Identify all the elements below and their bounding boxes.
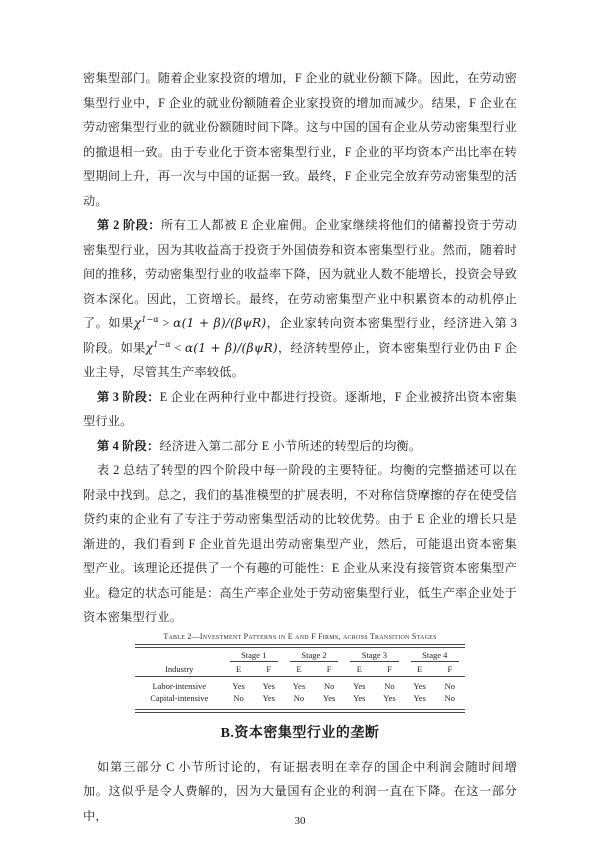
value-cell: No [374, 676, 404, 692]
value-cell: Yes [314, 692, 344, 707]
stage-label: 第 2 阶段： [97, 218, 161, 232]
value-cell: Yes [344, 676, 374, 692]
firm-type-header: E [344, 663, 374, 677]
value-cell: No [435, 676, 465, 692]
body-text-top: 密集型部门。随着企业家投资的增加，F 企业的就业份额下降。因此，在劳动密集型行业… [83, 0, 517, 630]
industry-cell: Capital-intensive [135, 692, 224, 707]
math-expression: α(1 + β)/(βψR) [173, 316, 266, 330]
section-b-title: B.资本密集型行业的垄断 [0, 722, 600, 742]
firm-type-header: E [224, 663, 254, 677]
value-cell: No [314, 676, 344, 692]
text-run: 经济进入第二部分 E 小节所述的转型后的均衡。 [159, 439, 421, 453]
stage-header-label: Stage 2 [290, 650, 338, 662]
investment-patterns-table: Stage 1Stage 2Stage 3Stage 4 Industry EF… [135, 649, 465, 707]
value-cell: No [284, 692, 314, 707]
text-run: 表 2 总结了转型的四个阶段中每一阶段的主要特征。均衡的完整描述可以在附录中找到… [83, 463, 517, 624]
paragraph: 第 2 阶段：所有工人都被 E 企业雇佣。企业家继续将他们的储蓄投资于劳动密集型… [83, 213, 517, 385]
value-cell: Yes [254, 676, 284, 692]
table-caption: Table 2—Investment Patterns in E and F F… [135, 632, 465, 641]
firm-type-header: F [254, 663, 284, 677]
text-run: 所有工人都被 E 企业雇佣。企业家继续将他们的储蓄投资于劳动密集型行业，因为其收… [83, 218, 517, 330]
stage-label: 第 4 阶段： [97, 439, 159, 453]
value-cell: Yes [405, 676, 435, 692]
firm-type-header: E [405, 663, 435, 677]
math-expression: α(1 + β)/(βψR) [185, 341, 278, 355]
value-cell: Yes [284, 676, 314, 692]
firm-type-header: E [284, 663, 314, 677]
text-run: < [171, 341, 185, 355]
math-expression: 1−α [141, 315, 159, 324]
table-stage-header-row: Stage 1Stage 2Stage 3Stage 4 [135, 649, 465, 663]
stage-header-label: Stage 3 [350, 650, 398, 662]
industry-cell: Labor-intensive [135, 676, 224, 692]
table-top-rule [135, 644, 465, 648]
paragraph: 第 4 阶段：经济进入第二部分 E 小节所述的转型后的均衡。 [83, 434, 517, 459]
page-number: 30 [0, 815, 600, 827]
firm-type-header: F [435, 663, 465, 677]
stage-header-spacer [135, 649, 224, 663]
text-run: 如第三部分 C 小节所讨论的，有证据表明在幸存的国企中利润会随时间增加。这似乎是… [83, 760, 517, 823]
math-expression: 1−α [153, 339, 171, 348]
table-body: Labor-intensiveYesYesYesNoYesNoYesNoCapi… [135, 676, 465, 707]
stage-label: 第 3 阶段： [97, 390, 160, 404]
value-cell: Yes [224, 676, 254, 692]
text-run: > [159, 316, 173, 330]
paragraph: 密集型部门。随着企业家投资的增加，F 企业的就业份额下降。因此，在劳动密集型行业… [83, 66, 517, 213]
paragraph: 第 3 阶段：E 企业在两种行业中都进行投资。逐渐地，F 企业被挤出资本密集型行… [83, 385, 517, 434]
value-cell: Yes [344, 692, 374, 707]
table-row: Capital-intensiveNoYesNoYesYesYesYesNo [135, 692, 465, 707]
stage-header-label: Stage 1 [230, 650, 278, 662]
stage-header: Stage 4 [405, 649, 465, 663]
value-cell: No [435, 692, 465, 707]
table-subheader-row: Industry EFEFEFEF [135, 663, 465, 677]
stage-header-label: Stage 4 [411, 650, 459, 662]
text-run: 密集型部门。随着企业家投资的增加，F 企业的就业份额下降。因此，在劳动密集型行业… [83, 71, 517, 208]
paragraph: 表 2 总结了转型的四个阶段中每一阶段的主要特征。均衡的完整描述可以在附录中找到… [83, 458, 517, 630]
table-2-block: Table 2—Investment Patterns in E and F F… [135, 632, 465, 713]
stage-header: Stage 3 [344, 649, 404, 663]
value-cell: Yes [374, 692, 404, 707]
stage-header: Stage 2 [284, 649, 344, 663]
table-row: Labor-intensiveYesYesYesNoYesNoYesNo [135, 676, 465, 692]
firm-type-header: F [314, 663, 344, 677]
stage-header: Stage 1 [224, 649, 284, 663]
value-cell: No [224, 692, 254, 707]
value-cell: Yes [254, 692, 284, 707]
document-page: 密集型部门。随着企业家投资的增加，F 企业的就业份额下降。因此，在劳动密集型行业… [0, 0, 600, 851]
table-bottom-rule [135, 709, 465, 713]
industry-column-header: Industry [135, 663, 224, 677]
firm-type-header: F [374, 663, 404, 677]
value-cell: Yes [405, 692, 435, 707]
